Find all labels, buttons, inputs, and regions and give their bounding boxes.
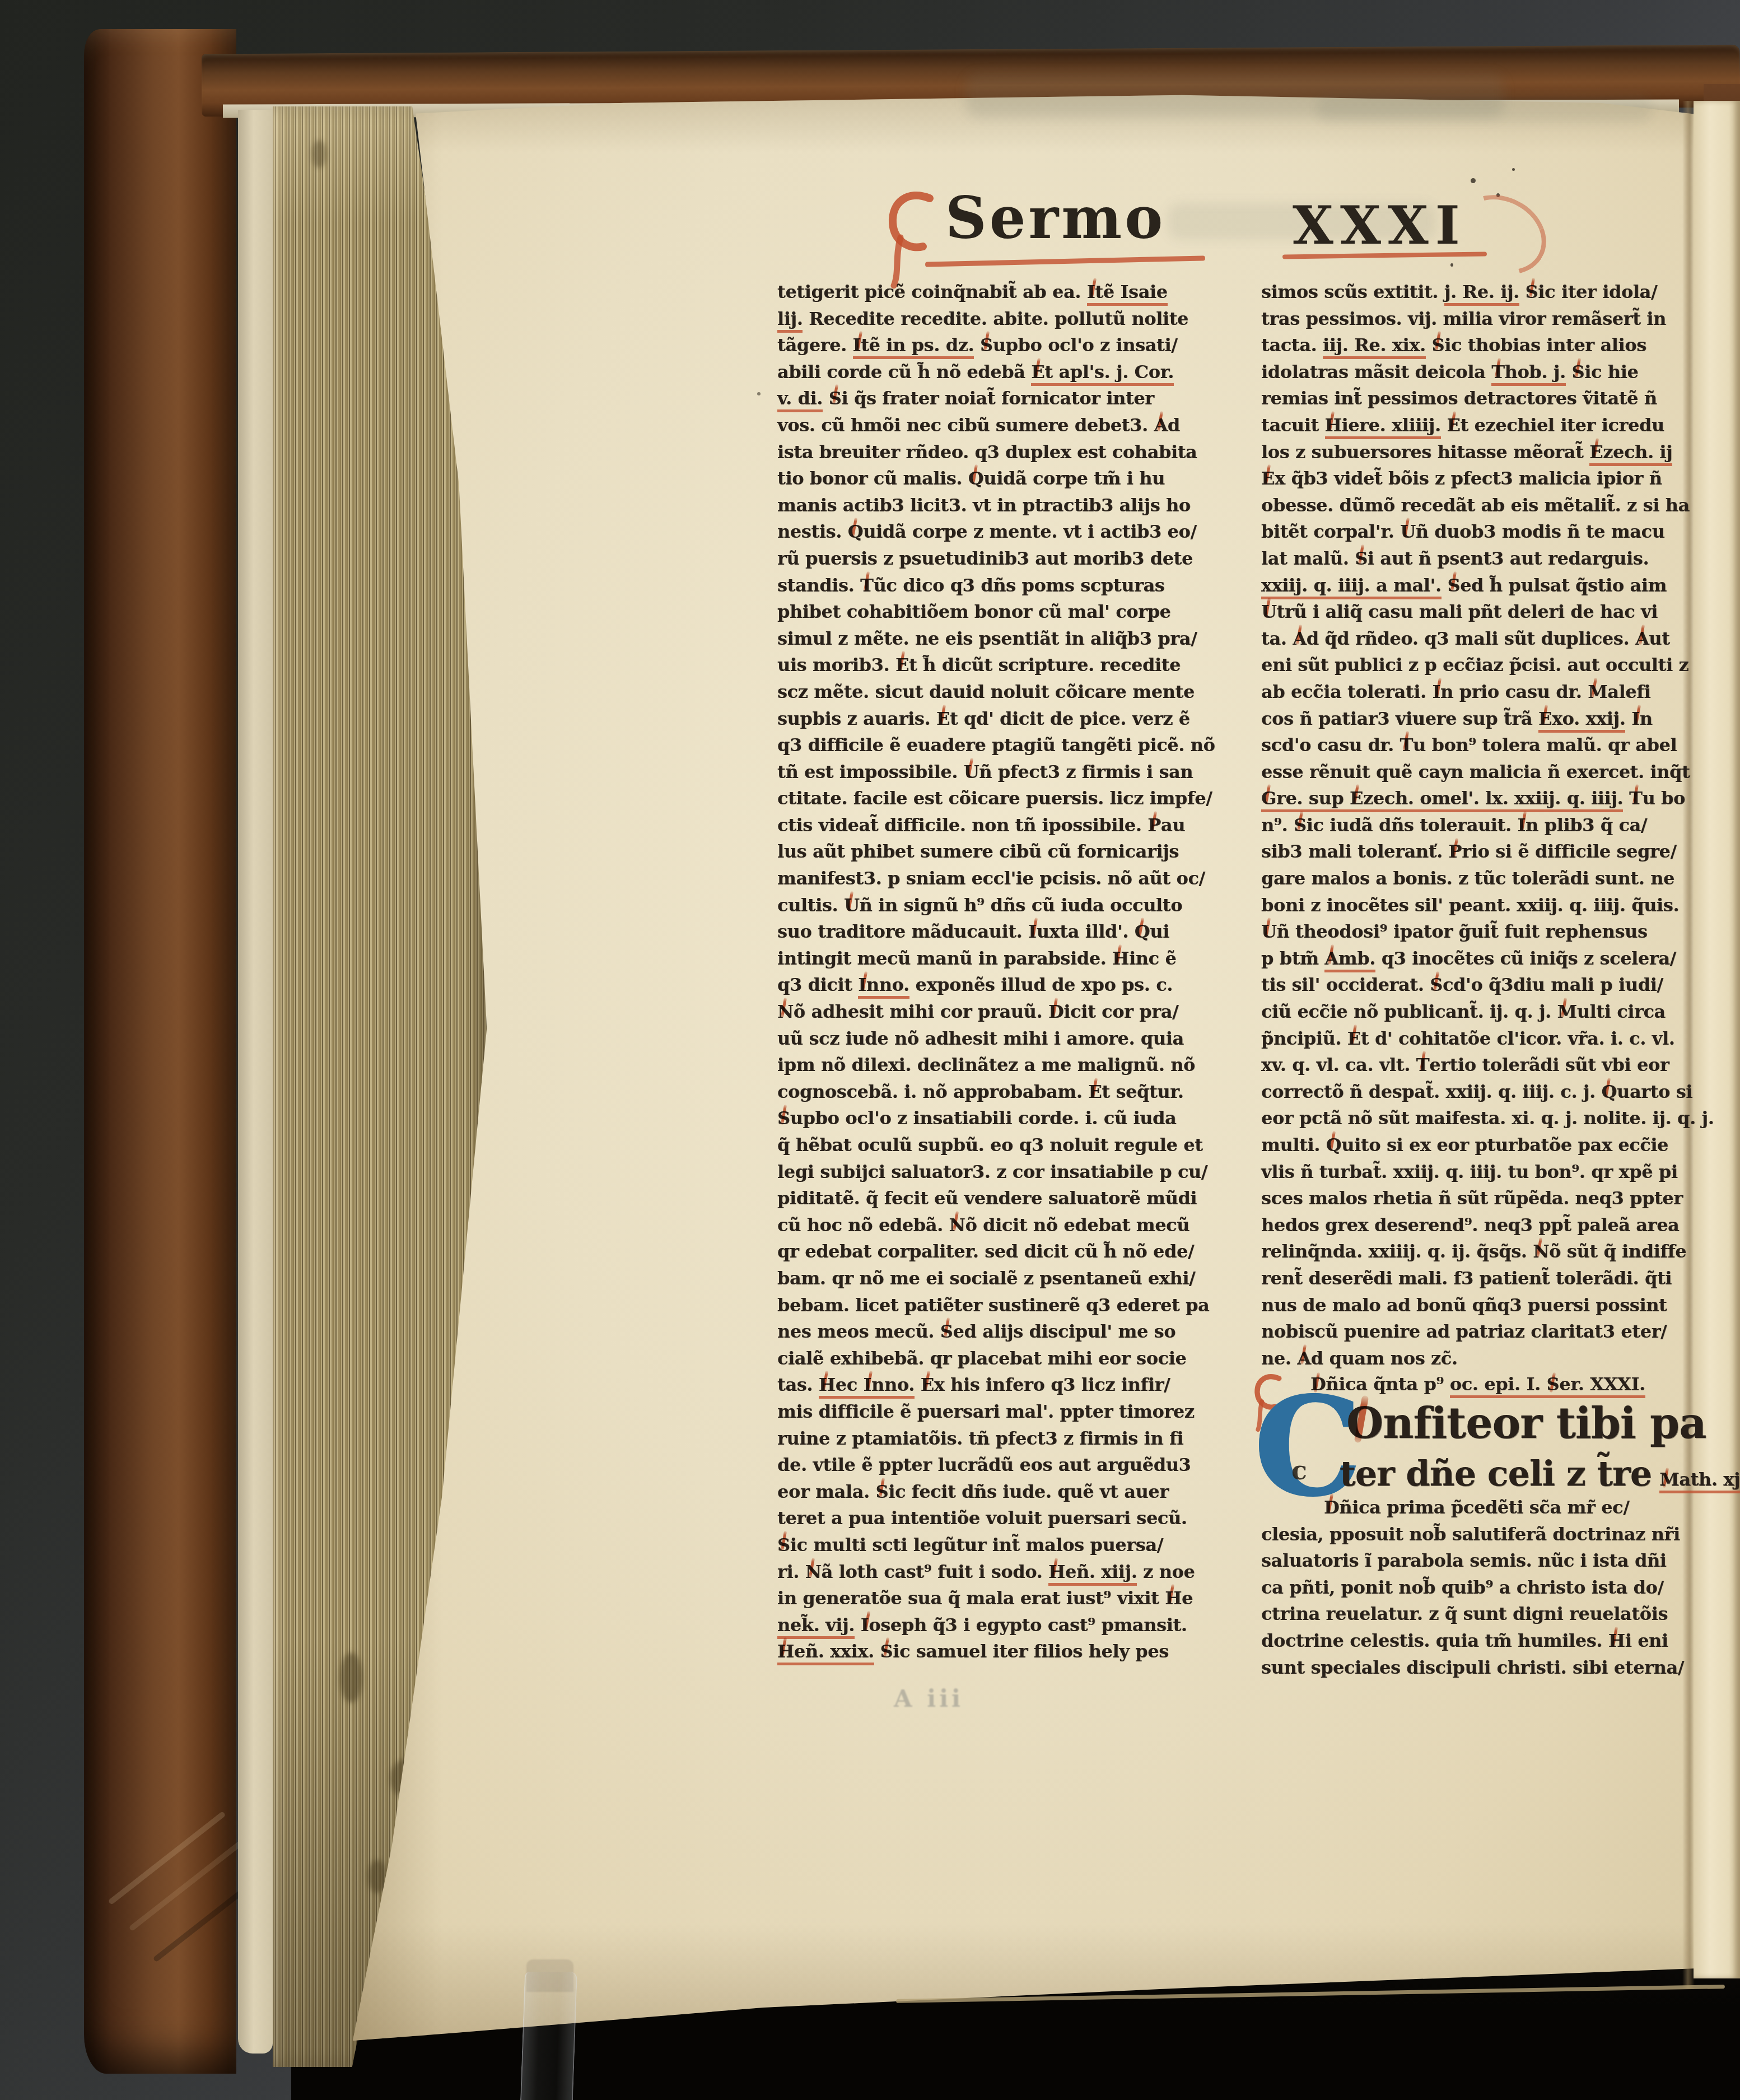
text-line: obesse. dũmõ recedãt ab eis mẽtalit̃. z … bbox=[1261, 492, 1726, 519]
incipit-citation: Math. xj. Lu. x bbox=[1659, 1469, 1740, 1490]
text-line: mis difficile ẽ puersari mal'. ppter tim… bbox=[777, 1399, 1254, 1426]
text-line: saluatoris ĩ parabola semis. nũc i ista … bbox=[1261, 1548, 1726, 1575]
text-line: ca pñti, ponit nob̃ quib⁹ a christo ista… bbox=[1261, 1575, 1726, 1601]
text-line: eor mala. Sic fecit dñs iude. quẽ vt aue… bbox=[777, 1479, 1254, 1506]
text-line: ri. Nã loth cast⁹ fuit i sodo. Heñ. xiij… bbox=[777, 1559, 1254, 1586]
text-line: nus de malo ad bonũ qñq3 puersi possint bbox=[1261, 1292, 1726, 1319]
endpaper-strip bbox=[238, 110, 273, 2054]
text-line: manis actib3 licit3. vt in ptractib3 ali… bbox=[777, 492, 1254, 519]
text-line: standis. Tũc dico q3 dñs poms scpturas bbox=[777, 572, 1254, 599]
text-line: cũ hoc nõ edebã. Nõ dicit nõ edebat mecũ bbox=[777, 1212, 1254, 1239]
text-line: boni z inocẽtes sil' peant. xxiij. q. ii… bbox=[1261, 892, 1726, 919]
text-line: Heñ. xxix. Sic samuel iter filios hely p… bbox=[777, 1638, 1254, 1665]
text-line: tras pessimos. vij. milia viror remãsert… bbox=[1261, 306, 1726, 333]
text-line: tis sil' occiderat. Scd'o q̃3diu mali p … bbox=[1261, 972, 1726, 999]
text-line: simul z mẽte. ne eis psentiãt in aliq̃b3… bbox=[777, 626, 1254, 653]
text-line: ciũ ecc̃ie nõ publicant̃. ij. q. j. Mult… bbox=[1261, 999, 1726, 1026]
text-line: sib3 mali toleranť. Prio si ẽ difficile … bbox=[1261, 839, 1726, 865]
photograph-canvas: Sermo XXXI tetigerit picẽ coinq̃nabit̃ a… bbox=[0, 0, 1740, 2100]
text-line: nes meos mecũ. Sed alijs discipul' me so bbox=[777, 1319, 1254, 1345]
text-line: ta. Ad q̃d rñdeo. q3 mali sũt duplices. … bbox=[1261, 626, 1726, 653]
fore-edge-stain bbox=[340, 1652, 362, 1703]
text-line: uũ scz iude nõ adhesit mihi i amore. qui… bbox=[777, 1026, 1254, 1053]
right-text-column: simos scũs extitit. j. Re. ij. Sic iter … bbox=[1261, 279, 1726, 1372]
text-line: remias int̃ pessimos detractores ṽitatẽ … bbox=[1261, 385, 1726, 412]
ink-speck bbox=[1512, 168, 1515, 171]
text-line: simos scũs extitit. j. Re. ij. Sic iter … bbox=[1261, 279, 1726, 306]
bleedthrough-ghost bbox=[1316, 95, 1652, 122]
plastic-book-strap bbox=[520, 1972, 577, 2100]
text-line: tñ est impossibile. Uñ pfect3 z firmis i… bbox=[777, 759, 1254, 786]
text-line: xxiij. q. iiij. a mal'. Sed h̃ pulsat q̃… bbox=[1261, 572, 1726, 599]
text-line: idolatras mãsit deicola Thob. j. Sic hie bbox=[1261, 359, 1726, 386]
text-line: p̃ncipiũ. Et d' cohitatõe cl'icor. vr̃a.… bbox=[1261, 1026, 1726, 1053]
text-line: lus aũt phibet sumere cibũ cũ fornicarij… bbox=[777, 839, 1254, 865]
text-line: nobiscũ puenire ad patriaz claritat3 ete… bbox=[1261, 1319, 1726, 1345]
text-line: eni sũt publici z p ecc̃iaz p̃cisi. aut … bbox=[1261, 652, 1726, 679]
text-line: nestis. Quidã corpe z mente. vt i actib3… bbox=[777, 519, 1254, 546]
text-line: esse rẽnuit quẽ cayn malicia ñ exercet. … bbox=[1261, 759, 1726, 786]
text-line: eor pctã nõ sũt maifesta. xi. q. j. noli… bbox=[1261, 1105, 1726, 1132]
text-line: scd'o casu dr. Tu bon⁹ tolera malũ. qr a… bbox=[1261, 732, 1726, 759]
incipit-line-1: Onfiteor tibi pa bbox=[1346, 1398, 1706, 1448]
text-line: legi subijci saluator3. z cor insatiabil… bbox=[777, 1159, 1254, 1186]
text-line: abili corde cũ h̃ nõ edebã Et apl's. j. … bbox=[777, 359, 1254, 386]
text-line: de. vtile ẽ ppter lucrãdũ eos aut arguẽd… bbox=[777, 1452, 1254, 1479]
text-line: lat malũ. Si aut ñ psent3 aut redarguis. bbox=[1261, 546, 1726, 572]
text-line: rent̃ deserẽdi mali. f3 patient̃ tolerãd… bbox=[1261, 1265, 1726, 1292]
text-line: bam. qr nõ me ei socialẽ z psentaneũ exh… bbox=[777, 1265, 1254, 1292]
text-line: tacuit Hiere. xliiij. Et ezechiel iter i… bbox=[1261, 412, 1726, 439]
heading-number: XXXI bbox=[1293, 195, 1467, 257]
text-line: nek̃. vij. Ioseph q̃3 i egypto cast⁹ pma… bbox=[777, 1612, 1254, 1639]
red-paraph-icon bbox=[886, 188, 937, 289]
text-line: ctis videat̃ difficile. non tñ ipossibil… bbox=[777, 812, 1254, 839]
text-line: cialẽ exhibebã. qr placebat mihi eor soc… bbox=[777, 1345, 1254, 1372]
text-line: doctrine celestis. quia tm̃ humiles. Hi … bbox=[1261, 1628, 1726, 1655]
text-line: tãgere. Itẽ in ps. dz. Supbo ocl'o z ins… bbox=[777, 332, 1254, 359]
text-line: rũ puersis z psuetudinib3 aut morib3 det… bbox=[777, 546, 1254, 572]
text-line: sces malos rhetia ñ sũt rũpẽda. neq3 ppt… bbox=[1261, 1185, 1726, 1212]
incipit-line-2: ter dñe celi z t̃reMath. xj. Lu. x bbox=[1340, 1453, 1740, 1494]
text-line: n⁹. Sic iudã dñs tolerauit. In plib3 q̃ … bbox=[1261, 812, 1726, 839]
text-line: teret a pua intentiõe voluit puersari se… bbox=[777, 1505, 1254, 1532]
text-line: multi. Quito si ex eor pturbatõe pax ecc… bbox=[1261, 1132, 1726, 1159]
text-line: q3 difficile ẽ euadere ptagiũ tangẽti pi… bbox=[777, 732, 1254, 759]
text-line: tetigerit picẽ coinq̃nabit̃ ab ea. Itẽ I… bbox=[777, 279, 1254, 306]
right-column-tail: Dñica prima p̃cedẽti sc̃a mr̃ ec/clesia,… bbox=[1261, 1494, 1726, 1681]
text-line: q3 dicit Inno. exponẽs illud de xpo ps. … bbox=[777, 972, 1254, 999]
text-line: vos. cũ hmõi nec cibũ sumere debet3. Ad bbox=[777, 412, 1254, 439]
text-line: ctrina reuelatur. z q̃ sunt digni reuela… bbox=[1261, 1601, 1726, 1628]
text-line: Ex q̃b3 videt̃ bõis z pfect3 malicia ipi… bbox=[1261, 465, 1726, 492]
text-line: tacta. iij. Re. xix. Sic thobias inter a… bbox=[1261, 332, 1726, 359]
text-line: cos ñ patiar3 viuere sup t̃rã Exo. xxij.… bbox=[1261, 706, 1726, 733]
text-line: Dñica prima p̃cedẽti sc̃a mr̃ ec/ bbox=[1324, 1494, 1726, 1521]
text-line: q̃ hẽbat oculũ supbũ. eo q3 noluit regul… bbox=[777, 1132, 1254, 1159]
text-line: ctitate. facile est cõicare puersis. lic… bbox=[777, 785, 1254, 812]
guide-letter: c bbox=[1291, 1455, 1307, 1486]
text-line: clesia, pposuit nob̃ salutiferã doctrina… bbox=[1261, 1521, 1726, 1548]
text-line: Nõ adhesit mihi cor prauũ. Dicit cor pra… bbox=[777, 999, 1254, 1026]
text-line: gare malos a bonis. z tũc tolerãdi sunt.… bbox=[1261, 865, 1726, 892]
fore-edge-stain bbox=[312, 140, 326, 168]
text-line: manifest3. p sniam eccl'ie pcisis. nõ aũ… bbox=[777, 865, 1254, 892]
ink-speck bbox=[757, 392, 761, 395]
book-cover-left-edge bbox=[84, 29, 236, 2074]
ink-speck bbox=[1450, 263, 1453, 267]
text-line: Gre. sup Ezech. omel'. lx. xxiij. q. iii… bbox=[1261, 785, 1726, 812]
text-line: suo traditore mãducauit. Iuxta illd'. Qu… bbox=[777, 919, 1254, 946]
text-line: scz mẽte. sicut dauid noluit cõicare men… bbox=[777, 679, 1254, 706]
heading-sermo: Sermo bbox=[945, 185, 1165, 252]
text-line: correctõ ñ despat̃. xxiij. q. iiij. c. j… bbox=[1261, 1079, 1726, 1106]
text-line: phibet cohabitiõem bonor cũ mal' corpe bbox=[777, 599, 1254, 626]
text-line: uis morib3. Et h̃ dicũt scripture. reced… bbox=[777, 652, 1254, 679]
text-line: v. di. Si q̃s frater noiat̃ fornicator i… bbox=[777, 385, 1254, 412]
text-line: relinq̃nda. xxiiij. q. ij. q̃sq̃s. Nõ sũ… bbox=[1261, 1238, 1726, 1265]
text-line: Supbo ocl'o z insatiabili corde. i. cũ i… bbox=[777, 1105, 1254, 1132]
text-line: xv. q. vl. ca. vlt. Tertio tolerãdi sũt … bbox=[1261, 1052, 1726, 1079]
text-line: piditatẽ. q̃ fecit eũ vendere saluatorẽ … bbox=[777, 1185, 1254, 1212]
text-line: Sic multi scti legũtur int̃ malos puersa… bbox=[777, 1532, 1254, 1559]
text-line: tio bonor cũ malis. Quidã corpe tm̃ i hu bbox=[777, 465, 1254, 492]
text-line: supbis z auaris. Et qd' dicit de pice. v… bbox=[777, 706, 1254, 733]
left-text-column: tetigerit picẽ coinq̃nabit̃ ab ea. Itẽ I… bbox=[777, 279, 1254, 1665]
text-line: bebam. licet patiẽter sustinerẽ q3 edere… bbox=[777, 1292, 1254, 1319]
text-line: ipm nõ dilexi. declinãtez a me malignũ. … bbox=[777, 1052, 1254, 1079]
text-line: vlis ñ turbat̃. xxiij. q. iiij. tu bon⁹.… bbox=[1261, 1159, 1726, 1186]
text-line: ista breuiter rñdeo. q3 duplex est cohab… bbox=[777, 439, 1254, 466]
text-line: Uñ theodosi⁹ ipator g̃uit̃ fuit rephensu… bbox=[1261, 919, 1726, 946]
text-line: sunt speciales discipuli christi. sibi e… bbox=[1261, 1655, 1726, 1682]
text-line: p btm̃ Amb. q3 inocẽtes cũ iniq̃s z scel… bbox=[1261, 946, 1726, 972]
quire-signature-ghost: A iii bbox=[894, 1685, 964, 1712]
text-line: tas. Hec Inno. Ex his infero q3 licz inf… bbox=[777, 1372, 1254, 1399]
text-line: lij. Recedite recedite. abite. pollutũ n… bbox=[777, 306, 1254, 333]
text-line: cognoscebã. i. nõ approbabam. Et seq̃tur… bbox=[777, 1079, 1254, 1106]
text-line: qr edebat corpaliter. sed dicit cũ h̃ nõ… bbox=[777, 1238, 1254, 1265]
text-line: hedos grex deserend⁹. neq3 ppt̃ paleã ar… bbox=[1261, 1212, 1726, 1239]
text-line: Utrũ i aliq̃ casu mali pñt deleri de hac… bbox=[1261, 599, 1726, 626]
text-line: los z subuersores hitasse mẽorat̃ Ezech.… bbox=[1261, 439, 1726, 466]
text-line: cultis. Uñ in signũ h⁹ dñs cũ iuda occul… bbox=[777, 892, 1254, 919]
text-line: ruine z ptamiatõis. tñ pfect3 z firmis i… bbox=[777, 1426, 1254, 1452]
text-line: bitẽt corpal'r. Uñ duob3 modis ñ te macu bbox=[1261, 519, 1726, 546]
incipit-line-2-text: ter dñe celi z t̃re bbox=[1340, 1453, 1652, 1494]
text-line: in generatõe sua q̃ mala erat iust⁹ vixi… bbox=[777, 1585, 1254, 1612]
text-line: ab ecc̃ia tolerati. In prio casu dr. Mal… bbox=[1261, 679, 1726, 706]
text-line: intingit mecũ manũ in parabside. Hinc ẽ bbox=[777, 946, 1254, 972]
ink-speck bbox=[1471, 178, 1476, 183]
